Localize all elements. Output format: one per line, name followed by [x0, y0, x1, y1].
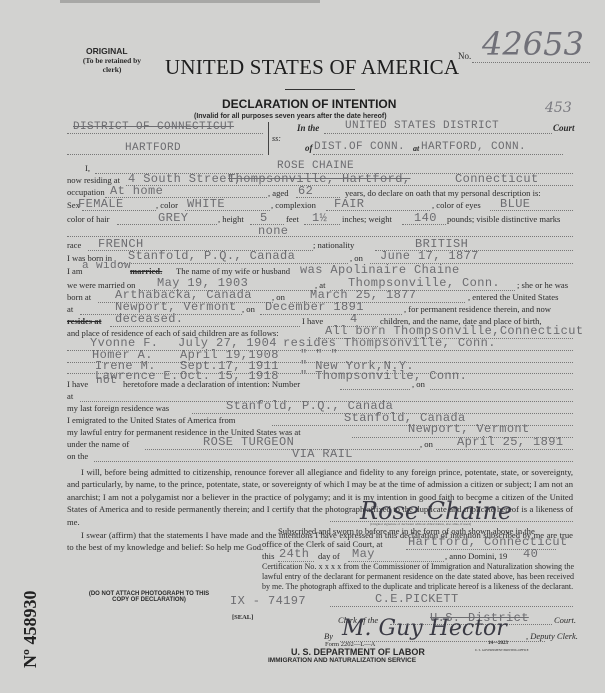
entry-place-value: Newport, Vermont [408, 422, 530, 436]
have-label: I have [67, 379, 88, 389]
under-name-line [145, 449, 420, 450]
deputy-signature: M. Guy Hector [342, 616, 507, 641]
retain-note-line1: (To be retained by [72, 56, 152, 65]
in-the-label: In the [297, 123, 319, 133]
weight-value: 140 [414, 211, 437, 225]
service-label: IMMIGRATION AND NATURALIZATION SERVICE [268, 657, 416, 664]
color-label: , color [156, 200, 178, 210]
spouse-born-label: born at [67, 292, 91, 302]
at-label: at [413, 144, 419, 153]
deputy-label: , Deputy Clerk. [526, 631, 578, 641]
month-value: May [352, 547, 375, 561]
original-label: ORIGINAL [86, 46, 128, 56]
side-note: 453 [545, 100, 572, 116]
heretofore-label: heretofore made a declaration of intenti… [123, 379, 300, 389]
by-label: By [324, 631, 333, 641]
nationality-label: ; nationality [313, 240, 354, 250]
photo-note-line2: COPY OF DECLARATION) [74, 597, 224, 603]
spouse-name: was Apolinaire Chaine [300, 263, 460, 277]
marital-value: a widow [82, 260, 131, 272]
entered-label: , entered the United States [468, 292, 558, 302]
address-struck: Thompsonville, Hartford, [228, 172, 410, 186]
district-label: DISTRICT OF CONNECTICUT [73, 121, 234, 133]
born-on-label: , on [350, 253, 363, 263]
clerk-name: C.E.PICKETT [375, 592, 459, 606]
age-value: 62 [298, 184, 313, 198]
office-place-value: Hartford, Connecticut [408, 535, 568, 549]
ix-number: IX - 74197 [230, 594, 306, 608]
anno-label: , anno Domini, 19 [445, 551, 507, 561]
color-value: WHITE [187, 197, 225, 211]
county-value: HARTFORD [125, 142, 181, 154]
birthdate-value: June 17, 1877 [380, 249, 479, 263]
of-value: DIST.OF CONN. [314, 141, 405, 153]
occupation-label: occupation [67, 187, 105, 197]
clerk-court-label: Court. [554, 615, 576, 625]
inches-label: inches; weight [342, 214, 392, 224]
height-label: , height [218, 214, 244, 224]
no-label: No. [458, 51, 471, 61]
scan-edge [60, 0, 320, 3]
county-line [67, 154, 263, 155]
vessel-line [94, 461, 573, 462]
state-value: Connecticut [455, 172, 539, 186]
prior-date-line [430, 389, 573, 390]
prior-on-label: , on [412, 379, 425, 389]
sex-value: FEMALE [78, 197, 124, 211]
complexion-label: , complexion [271, 200, 316, 210]
height-inches-value: 1½ [312, 211, 327, 225]
occupation-value: At home [110, 184, 163, 198]
year-value: 40 [523, 547, 538, 561]
last-residence-label: my last foreign residence was [67, 403, 169, 413]
race-label: race [67, 240, 81, 250]
vessel-value: VIA RAIL [292, 447, 353, 461]
print-office: U. S. GOVERNMENT PRINTING OFFICE [475, 648, 529, 652]
prior-at-label: at [67, 391, 73, 401]
height-feet-value: 5 [260, 211, 268, 225]
under-on-label: , on [420, 439, 433, 449]
day-of-label: day of [318, 551, 340, 561]
retain-note: (To be retained by clerk) [72, 56, 152, 74]
clerk-name-line [330, 606, 573, 607]
have-children-label: I have [302, 316, 323, 326]
invalid-note: (Invalid for all purposes seven years af… [194, 113, 387, 120]
declarant-name: ROSE CHAINE [277, 160, 354, 172]
spouse-label: The name of my wife or husband [176, 266, 290, 276]
hair-label: color of hair [67, 214, 109, 224]
permanent-label: , for permanent residence therein, and n… [404, 304, 551, 314]
declaration-number: 42653 [482, 25, 584, 63]
spouse-residence-value: deceased. [115, 312, 183, 326]
ss-label: ss: [272, 134, 281, 143]
not-value: not [96, 375, 117, 387]
of-line [313, 154, 563, 155]
i-label: I, [85, 163, 90, 173]
child-resides: " Thompsonville, Conn. [300, 369, 467, 383]
entry-date-value: April 25, 1891 [457, 435, 563, 449]
this-label: this [262, 551, 274, 561]
subtitle: DECLARATION OF INTENTION [222, 97, 396, 111]
complexion-value: FAIR [334, 197, 364, 211]
under-name-value: ROSE TURGEON [203, 435, 294, 449]
page-title: UNITED STATES OF AMERICA [165, 55, 459, 80]
title-divider [285, 89, 355, 90]
serial-number: Nº 458930 [20, 591, 41, 668]
ss-brace [264, 122, 269, 155]
department-label: U. S. DEPARTMENT OF LABOR [291, 647, 425, 657]
print-code: 14—2023 [488, 641, 508, 646]
photo-note: (DO NOT ATTACH PHOTOGRAPH TO THIS COPY O… [74, 591, 224, 603]
eyes-label: , color of eyes [432, 200, 481, 210]
district-line [67, 133, 263, 134]
vessel-label: on the [67, 451, 88, 461]
prior-number-line [340, 389, 410, 390]
she-he-label: ; she or he was [517, 280, 568, 290]
certification-text: Certification No. x x x x from the Commi… [262, 562, 574, 593]
aged-label: , aged [268, 188, 289, 198]
entered-date-value: December 1891 [265, 300, 364, 314]
court-name: UNITED STATES DISTRICT [345, 120, 499, 132]
at-value: HARTFORD, CONN. [421, 141, 526, 153]
court-label: Court [553, 123, 575, 133]
entered-date-line [260, 314, 402, 315]
emigrated-label: I emigrated to the United States of Amer… [67, 415, 235, 425]
marks-label: pounds; visible distinctive marks [447, 214, 560, 224]
day-value: 24th [279, 547, 309, 561]
seal-label: [SEAL] [232, 614, 253, 621]
marks-value: none [258, 224, 288, 238]
resides-label: resides at [67, 316, 101, 326]
birthplace-value: Stanfold, P.Q., Canada [128, 249, 295, 263]
entered-at-label: at [67, 304, 73, 314]
i-am-label: I am [67, 266, 83, 276]
entered-on-label: , on [242, 304, 255, 314]
of-label: of [305, 143, 313, 153]
feet-label: feet [286, 214, 299, 224]
married-label: married. [130, 266, 162, 276]
eyes-value: BLUE [500, 197, 530, 211]
spouse-residence-line [110, 326, 300, 327]
court-line [324, 133, 552, 134]
under-name-label: under the name of [67, 439, 129, 449]
entry-date-line [436, 449, 573, 450]
retain-note-line2: clerk) [72, 65, 152, 74]
hair-value: GREY [158, 211, 188, 225]
